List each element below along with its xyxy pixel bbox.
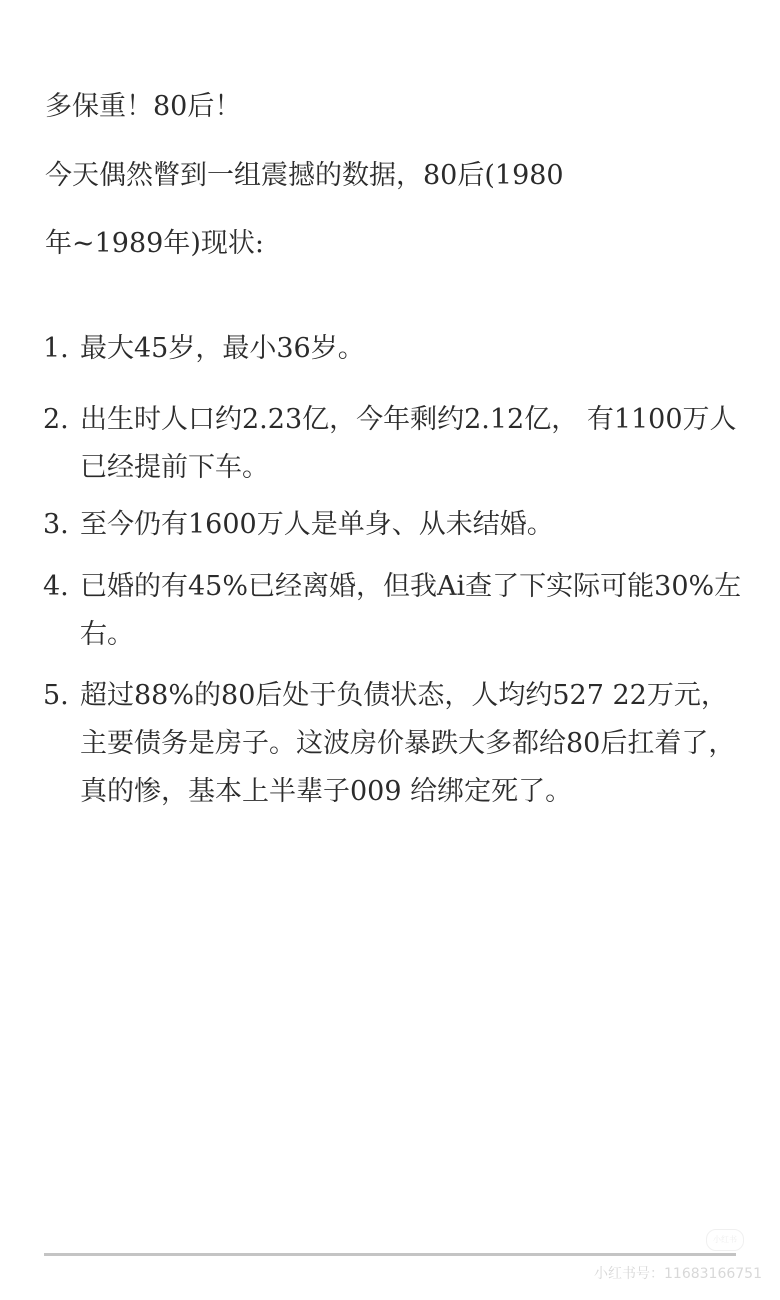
list-item-1: 1. 最大45岁，最小36岁。 bbox=[43, 325, 743, 373]
post-title: 多保重！80后！ bbox=[45, 87, 241, 127]
divider bbox=[44, 1253, 736, 1256]
xiaohongshu-logo-icon: 小红书 bbox=[706, 1229, 744, 1251]
intro-line-2: 年~1989年)现状: bbox=[45, 224, 264, 264]
list-number: 3. bbox=[43, 501, 79, 549]
list-text: 超过88%的80后处于负债状态，人均约527 22万元，主要债务是房子。这波房价… bbox=[80, 672, 743, 816]
intro-line-1: 今天偶然瞥到一组震撼的数据，80后(1980 bbox=[45, 156, 564, 196]
list-text: 最大45岁，最小36岁。 bbox=[80, 325, 743, 373]
list-text: 已婚的有45%已经离婚，但我Ai查了下实际可能30%左右。 bbox=[80, 563, 743, 659]
post-page: 多保重！80后！ 今天偶然瞥到一组震撼的数据，80后(1980 年~1989年)… bbox=[0, 0, 780, 1300]
list-number: 4. bbox=[43, 563, 79, 611]
list-number: 5. bbox=[43, 672, 79, 720]
list-item-3: 3. 至今仍有1600万人是单身、从未结婚。 bbox=[43, 501, 743, 549]
list-text: 至今仍有1600万人是单身、从未结婚。 bbox=[80, 501, 743, 549]
account-id-watermark: 小红书号：11683166751 bbox=[594, 1263, 762, 1283]
list-number: 1. bbox=[43, 325, 79, 373]
list-item-5: 5. 超过88%的80后处于负债状态，人均约527 22万元，主要债务是房子。这… bbox=[43, 672, 743, 816]
list-item-2: 2. 出生时人口约2.23亿，今年剩约2.12亿， 有1100万人已经提前下车。 bbox=[43, 396, 743, 492]
list-number: 2. bbox=[43, 396, 79, 444]
list-item-4: 4. 已婚的有45%已经离婚，但我Ai查了下实际可能30%左右。 bbox=[43, 563, 743, 659]
list-text: 出生时人口约2.23亿，今年剩约2.12亿， 有1100万人已经提前下车。 bbox=[80, 396, 743, 492]
